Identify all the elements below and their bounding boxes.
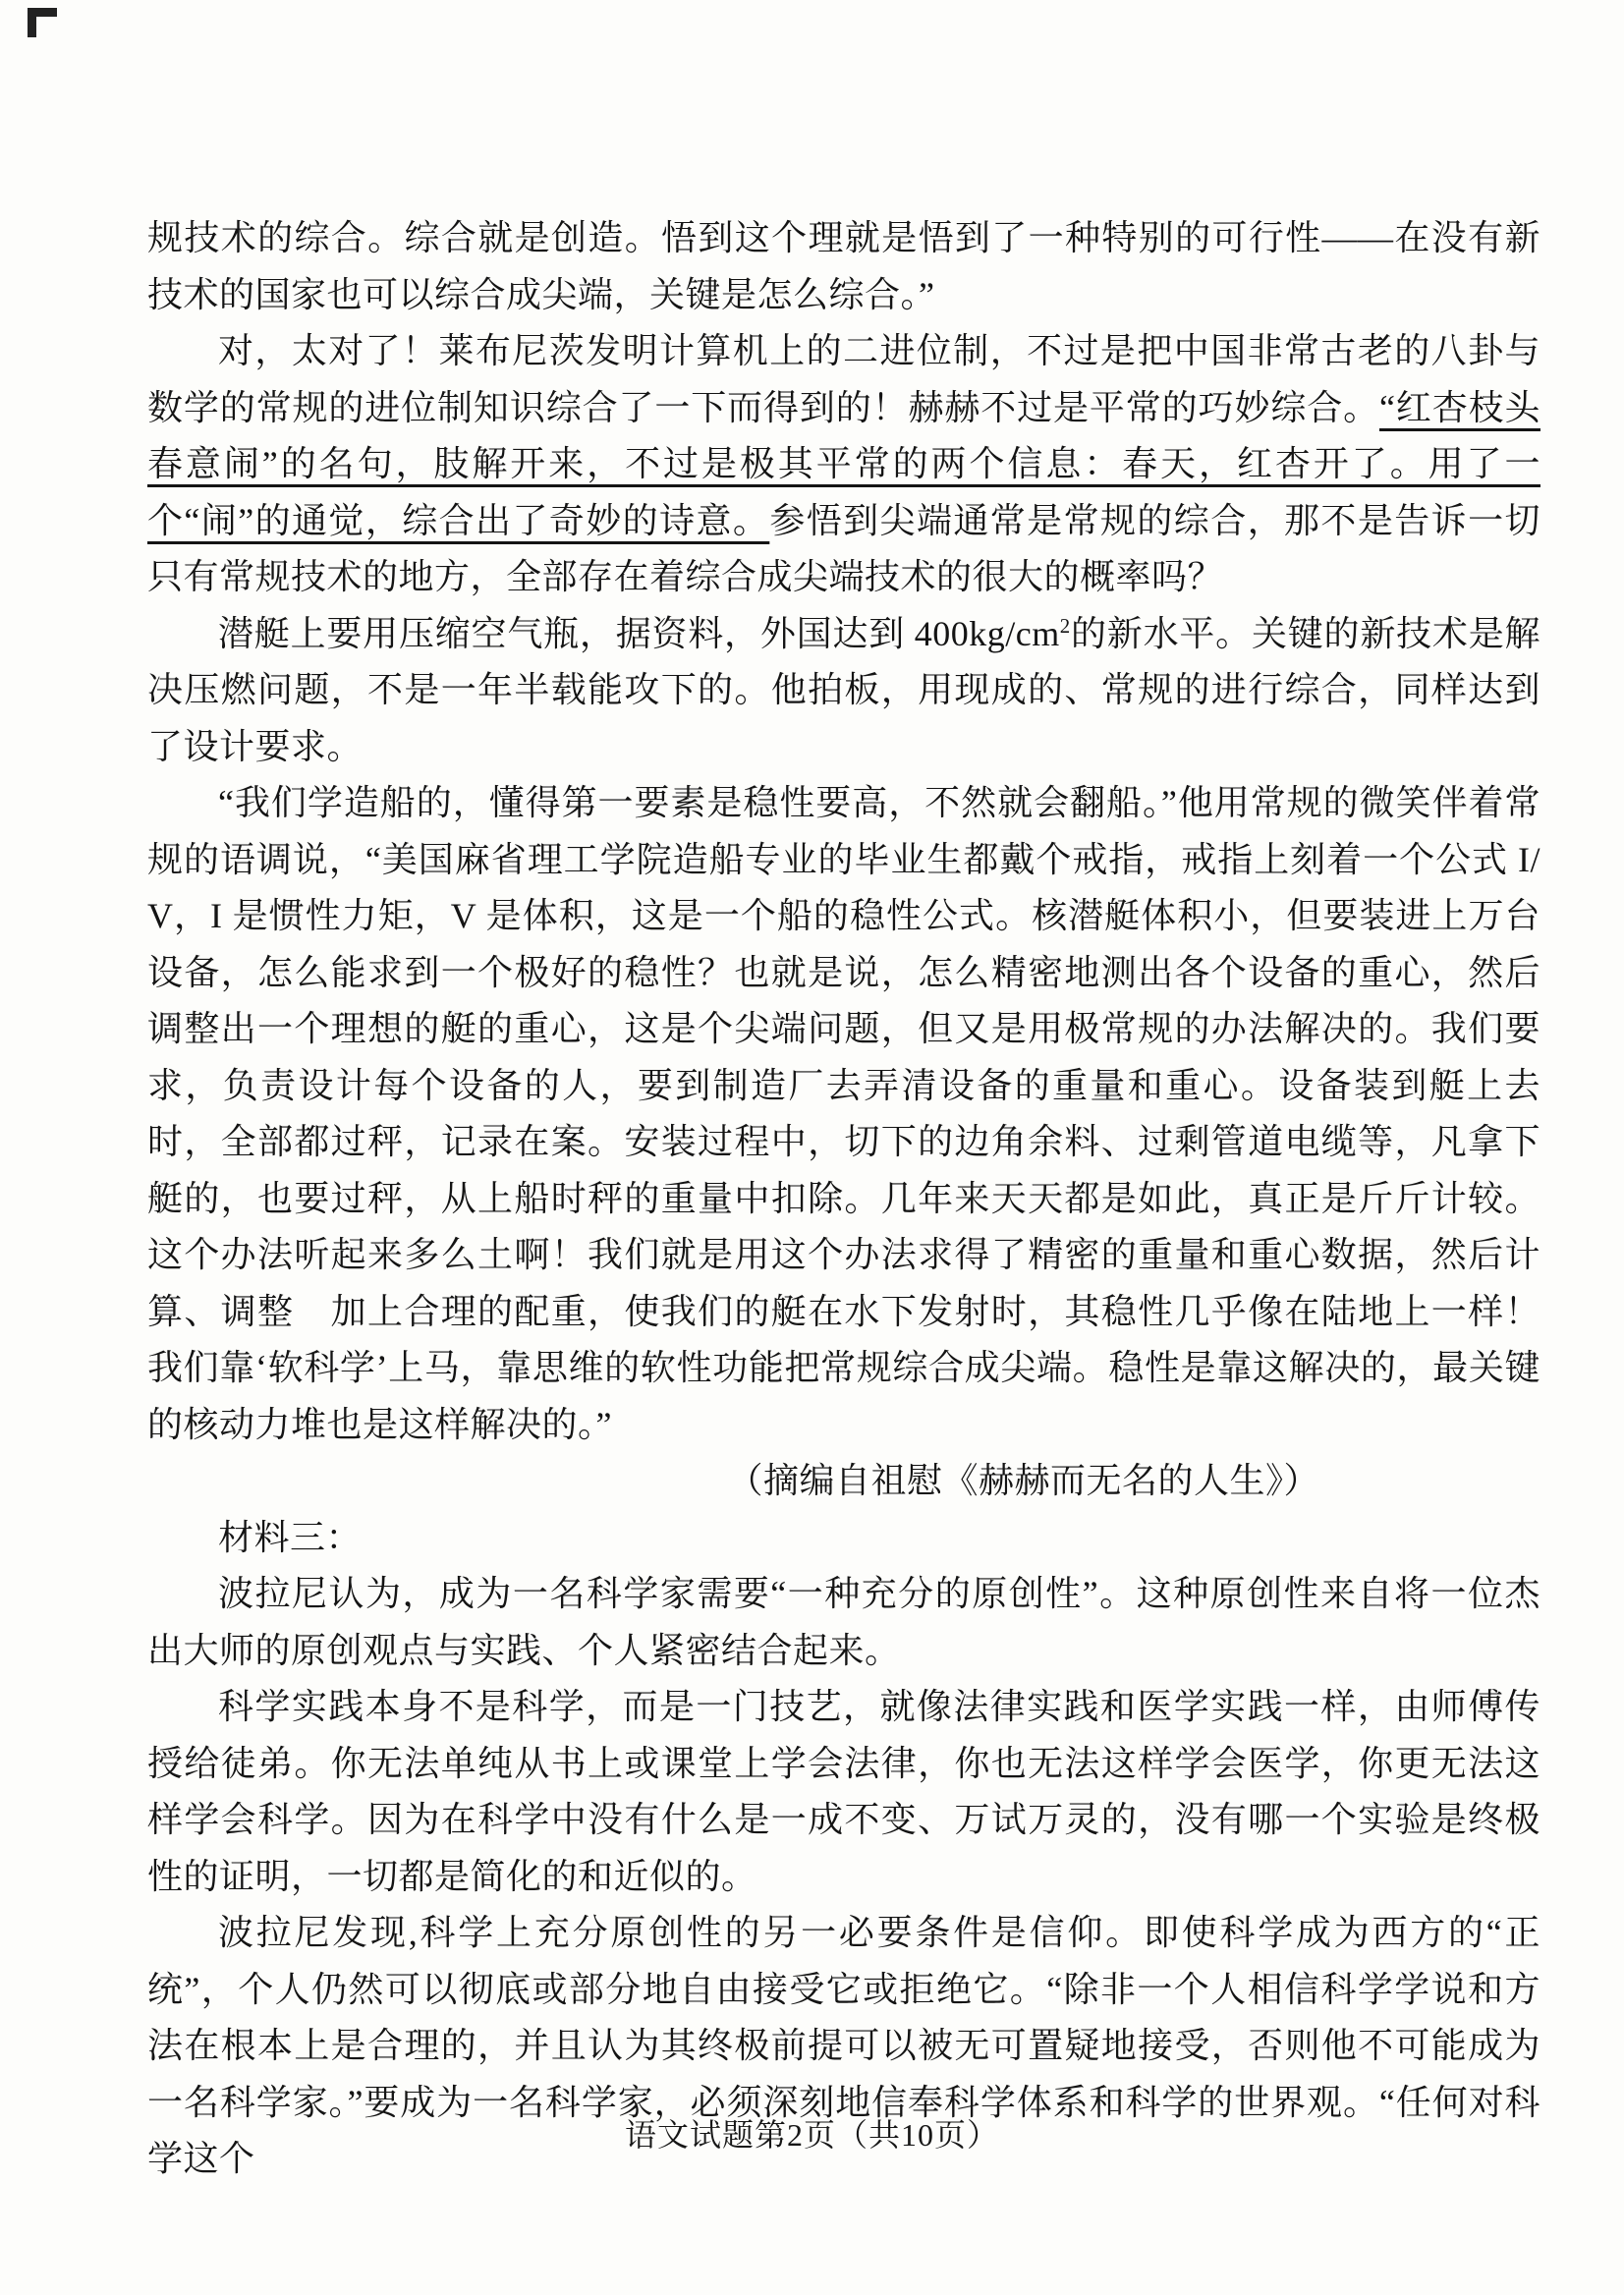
text-segment: 规技术的综合。综合就是创造。悟到这个理就是悟到了一种特别的可行性——在没有新技术… [147, 218, 1540, 314]
paragraph-continuation: 规技术的综合。综合就是创造。悟到这个理就是悟到了一种特别的可行性——在没有新技术… [147, 210, 1540, 323]
paragraph-material-three-heading: 材料三： [147, 1510, 1540, 1567]
text-segment: （摘编自祖慰《赫赫而无名的人生》） [727, 1461, 1319, 1500]
paragraph-submarine: 潜艇上要用压缩空气瓶，据资料，外国达到 400kg/cm2的新水平。关键的新技术… [147, 606, 1540, 776]
page-footer: 语文试题第2页（共10页） [0, 2110, 1624, 2155]
paragraph-leibniz: 对，太对了！莱布尼茨发明计算机上的二进位制，不过是把中国非常古老的八卦与数学的常… [147, 323, 1540, 606]
text-segment: 潜艇上要用压缩空气瓶，据资料，外国达到 400kg/cm [218, 614, 1060, 653]
text-segment: 2 [1060, 614, 1071, 638]
paragraph-shipbuilding: “我们学造船的，懂得第一要素是稳性要高，不然就会翻船。”他用常规的微笑伴着常规的… [147, 775, 1540, 1453]
document-body: 规技术的综合。综合就是创造。悟到这个理就是悟到了一种特别的可行性——在没有新技术… [147, 210, 1540, 2188]
text-segment: “我们学造船的，懂得第一要素是稳性要高，不然就会翻船。”他用常规的微笑伴着常规的… [147, 783, 1540, 1444]
exam-page: 规技术的综合。综合就是创造。悟到这个理就是悟到了一种特别的可行性——在没有新技术… [0, 0, 1624, 2295]
scan-artifact-mark [28, 8, 36, 37]
text-segment: 科学实践本身不是科学，而是一门技艺，就像法律实践和医学实践一样，由师傅传授给徒弟… [147, 1687, 1540, 1896]
paragraph-polanyi-originality: 波拉尼认为，成为一名科学家需要“一种充分的原创性”。这种原创性来自将一位杰出大师… [147, 1566, 1540, 1679]
text-segment: 对，太对了！莱布尼茨发明计算机上的二进位制，不过是把中国非常古老的八卦与数学的常… [147, 331, 1540, 427]
text-segment: 波拉尼认为，成为一名科学家需要“一种充分的原创性”。这种原创性来自将一位杰出大师… [147, 1574, 1540, 1670]
paragraph-science-practice: 科学实践本身不是科学，而是一门技艺，就像法律实践和医学实践一样，由师傅传授给徒弟… [147, 1679, 1540, 1905]
paragraph-attribution: （摘编自祖慰《赫赫而无名的人生》） [147, 1453, 1540, 1510]
text-segment: 材料三： [218, 1518, 362, 1557]
